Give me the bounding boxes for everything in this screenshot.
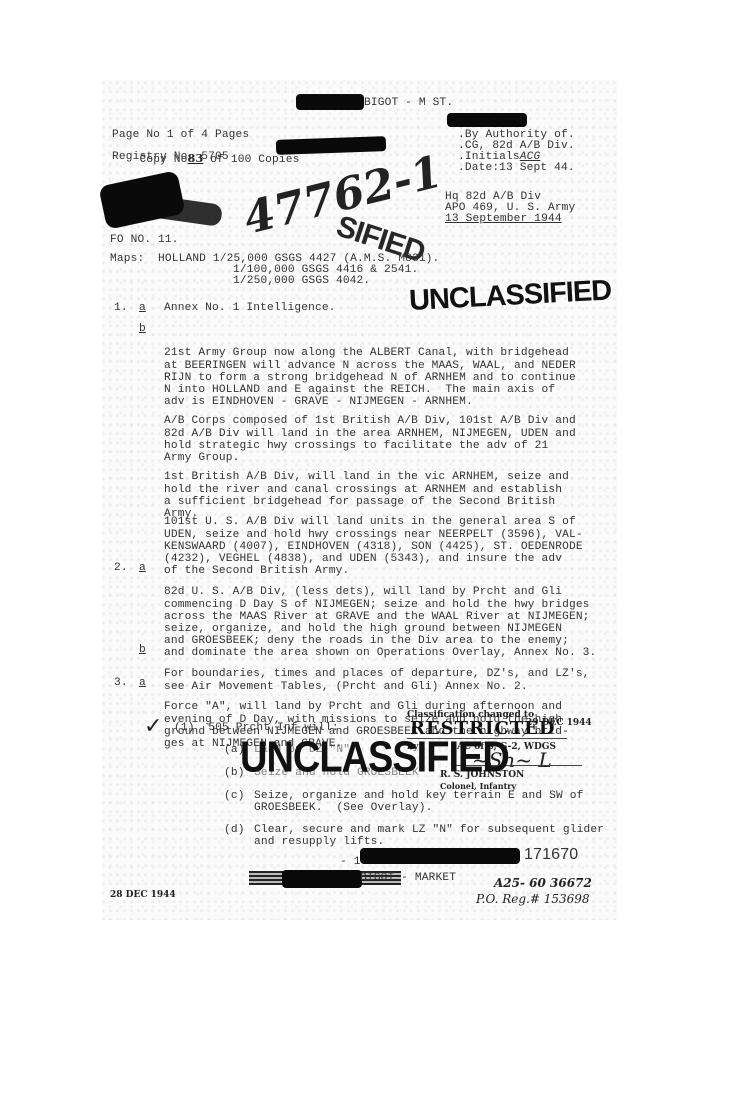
page-marker: - 1 [340,856,361,868]
sub-para-1: (1) 505 Prcht Inf will: [174,722,339,734]
item-c-label: (c) [224,790,245,802]
document-number: 171670 [524,846,578,864]
item-c-text: Seize, organize and hold key terrain E a… [254,790,583,814]
item-d-label: (d) [224,824,245,836]
unclassified-stamp: UNCLASSIFIED [408,274,612,318]
handwritten-ref-1: A25- 60 36672 [494,876,592,890]
redaction-bar [296,94,364,110]
para-1b-letter: b [139,323,146,335]
restricted-date: 29 DEC 1944 [526,718,592,728]
classification-top: BIGOT - M ST. [364,97,453,109]
date-stamp: 28 DEC 1944 [110,890,176,900]
para-2b-letter: b [139,644,146,656]
redaction-bar [282,870,362,888]
maps-label: Maps: [110,253,144,265]
hq-date: 13 September 1944 [445,213,562,225]
para-1a-letter: a [139,302,146,314]
registry-number: Registry No. 5705 [112,151,229,163]
para-2-number: 2. [114,562,128,574]
redaction-bar [276,136,386,155]
redaction-bar [360,848,520,864]
para-2a-letter: a [139,562,146,574]
checkmark-icon: ✓ [144,714,162,739]
para-1-number: 1. [114,302,128,314]
unclassified-stamp-large: UNCLASSIFIED [240,734,509,783]
field-order-number: FO NO. 11. [110,234,179,246]
para-3-number: 3. [114,677,128,689]
para-3a-letter: a [139,677,146,689]
authority-line-4: .Date:13 Sept 44. [458,162,575,174]
maps-line-3: 1/250,000 GSGS 4042. [233,275,370,287]
handwritten-ref-2: P.O. Reg.# 153698 [476,892,590,906]
item-d-text: Clear, secure and mark LZ "N" for subseq… [254,824,604,848]
classification-bottom: BIGOT - MARKET [360,872,456,884]
redaction-bar [447,113,527,127]
para-1a-text: Annex No. 1 Intelligence. [164,302,336,314]
scanned-document-page: BIGOT - M ST. Page No 1 of 4 Pages Copy … [102,80,617,920]
